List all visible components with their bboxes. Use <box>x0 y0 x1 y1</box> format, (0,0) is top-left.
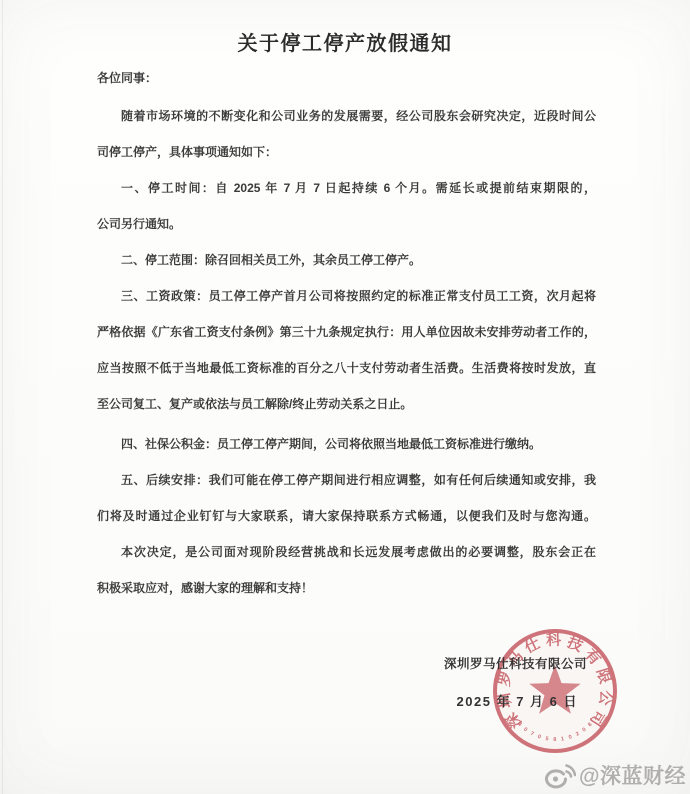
text-line: 随着市场环境的不断变化和公司业务的发展需要，经公司股东会研究决定，近段时间公 <box>97 98 596 134</box>
scan-edge-line <box>2 0 3 794</box>
text-line: 们将及时通过企业钉钉与大家联系，请大家保持联系方式畅通，以便我们及时与您沟通。 <box>97 498 596 534</box>
signature-company: 深圳罗马仕科技有限公司 <box>444 654 587 672</box>
text-line: 积极采取应对，感谢大家的理解和支持！ <box>97 570 596 606</box>
paragraph-item-1: 一、停工时间：自 2025 年 7 月 7 日起持续 6 个月。需延长或提前结束… <box>97 170 596 242</box>
text-line: 五、后续安排：我们可能在停工停产期间进行相应调整，如有任何后续通知或安排，我 <box>97 462 596 498</box>
paragraph-intro: 随着市场环境的不断变化和公司业务的发展需要，经公司股东会研究决定，近段时间公 司… <box>97 98 596 170</box>
signature-date: 2025 年 7 月 6 日 <box>457 691 578 710</box>
text-line: 司停工停产，具体事项通知如下： <box>97 134 596 170</box>
text-line: 公司另行通知。 <box>97 206 596 242</box>
watermark: @深蓝财经 <box>543 760 686 790</box>
text-line: 严格依据《广东省工资支付条例》第三十九条规定执行：用人单位因故未安排劳动者工作的… <box>97 314 596 350</box>
paragraph-closing: 本次决定，是公司面对现阶段经营挑战和长远发展考虑做出的必要调整，股东会正在 积极… <box>97 534 596 606</box>
document-body: 各位同事： 随着市场环境的不断变化和公司业务的发展需要，经公司股东会研究决定，近… <box>97 60 596 606</box>
text-line: 本次决定，是公司面对现阶段经营挑战和长远发展考虑做出的必要调整，股东会正在 <box>97 534 596 570</box>
paragraph-item-5: 五、后续安排：我们可能在停工停产期间进行相应调整，如有任何后续通知或安排，我 们… <box>97 462 596 534</box>
text-line: 四、社保公积金：员工停工停产期间，公司将依照当地最低工资标准进行缴纳。 <box>97 426 596 462</box>
paragraph-item-4: 四、社保公积金：员工停工停产期间，公司将依照当地最低工资标准进行缴纳。 <box>97 426 596 462</box>
paragraph-item-2: 二、停工范围：除召回相关员工外，其余员工停工停产。 <box>97 242 596 278</box>
text-line: 至公司复工、复产或依法与员工解除/终止劳动关系之日止。 <box>97 386 596 422</box>
paragraph-item-3: 三、工资政策：员工停工停产首月公司将按照约定的标准正常支付员工工资，次月起将 严… <box>97 278 596 422</box>
salutation: 各位同事： <box>97 60 596 96</box>
document-title: 关于停工停产放假通知 <box>0 27 690 56</box>
text-line: 一、停工时间：自 2025 年 7 月 7 日起持续 6 个月。需延长或提前结束… <box>97 170 596 206</box>
text-line: 二、停工范围：除召回相关员工外，其余员工停工停产。 <box>97 242 596 278</box>
notice-document-photo: 关于停工停产放假通知 各位同事： 随着市场环境的不断变化和公司业务的发展需要，经… <box>0 0 690 794</box>
text-line: 三、工资政策：员工停工停产首月公司将按照约定的标准正常支付员工工资，次月起将 <box>97 278 596 314</box>
weibo-icon <box>543 761 576 789</box>
watermark-handle: @深蓝财经 <box>579 760 686 790</box>
text-line: 应当按照不低于当地最低工资标准的百分之八十支付劳动者生活费。生活费将按时发放，直 <box>97 350 596 386</box>
